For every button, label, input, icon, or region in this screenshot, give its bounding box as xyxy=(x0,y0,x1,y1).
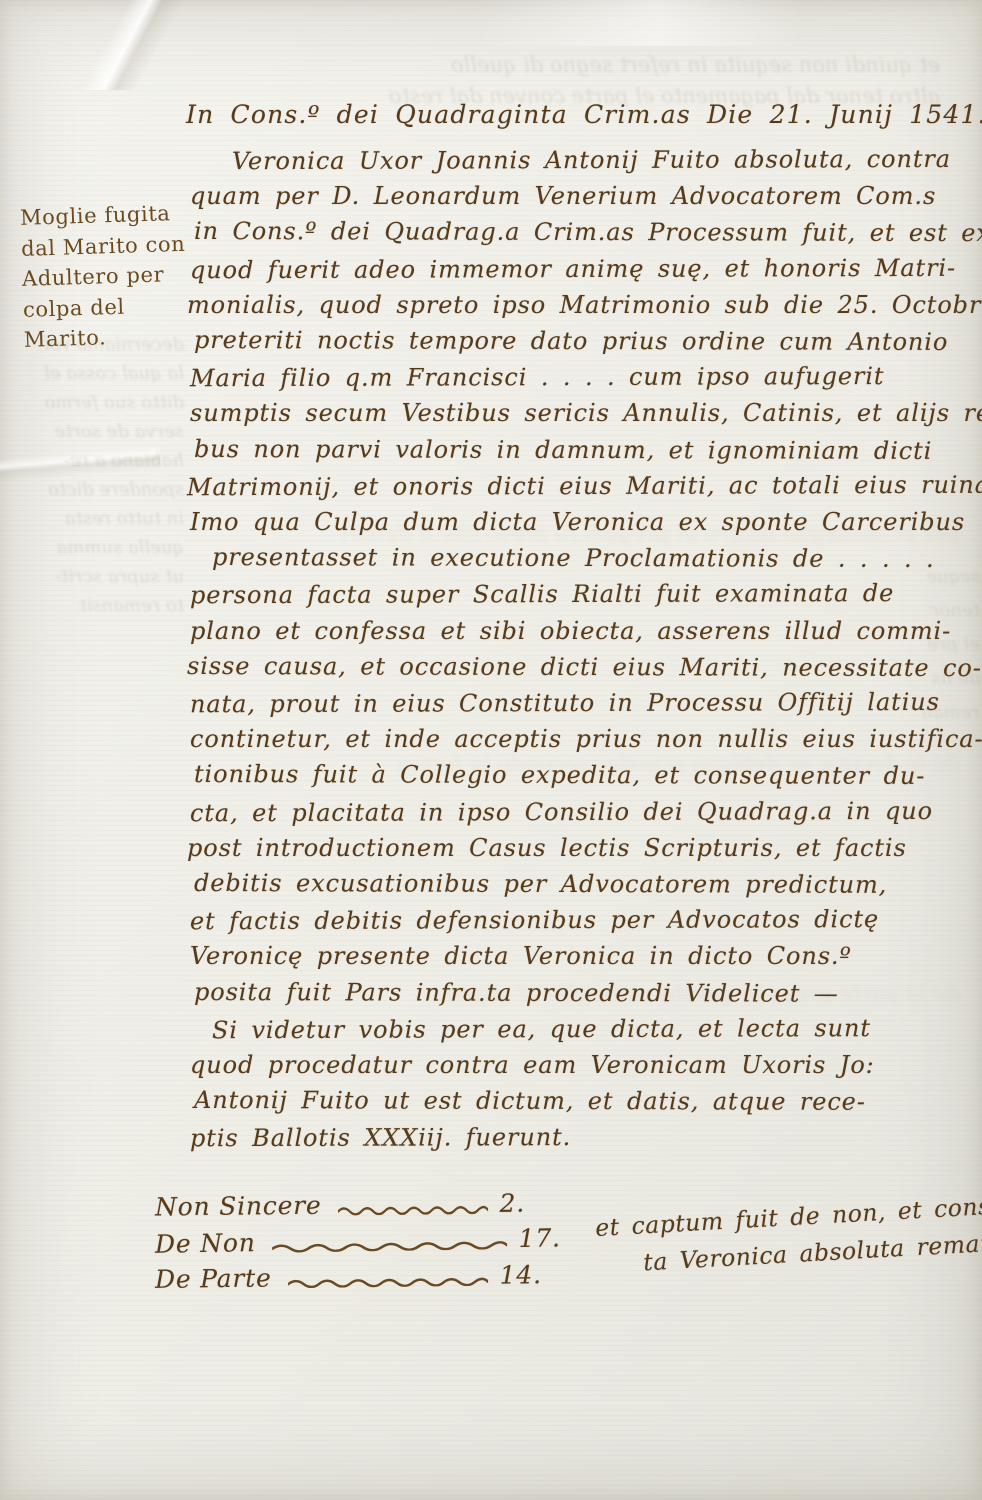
wavy-tally-line xyxy=(288,1274,488,1288)
body-line: presentasset in executione Proclamationi… xyxy=(212,539,974,577)
body-line: Antonij Fuito ut est dictum, et datis, a… xyxy=(194,1082,974,1120)
paper-crease-top-left xyxy=(0,0,260,90)
vote-tally: Non Sincere 2. De Non 17. De Parte 14. xyxy=(155,1186,625,1294)
wavy-tally-line xyxy=(338,1202,488,1216)
body-line: Maria filio q.m Francisci . . . . cum ip… xyxy=(190,358,974,397)
body-line: Imo qua Culpa dum dicta Veronica ex spon… xyxy=(190,504,974,540)
vote-row-non-sincere: Non Sincere 2. xyxy=(155,1184,625,1225)
body-line: plano et confessa et sibi obiecta, asser… xyxy=(190,613,974,649)
vote-count: 17. xyxy=(518,1223,561,1253)
body-line: post introductionem Casus lectis Scriptu… xyxy=(187,830,974,866)
manuscript-page: et quindi non sequita in refert segno di… xyxy=(0,0,982,1500)
body-line: persona facta super Scallis Rialti fuit … xyxy=(190,575,974,614)
record-heading: In Cons.º dei Quadraginta Crim.as Die 21… xyxy=(186,100,982,129)
vote-label: De Non xyxy=(155,1228,256,1259)
body-line: ptis Ballotis XXXiij. fuerunt. xyxy=(190,1118,974,1157)
ghost-line: ditto suo fermo xyxy=(14,388,184,417)
body-line: Si videtur vobis per ea, que dicta, et l… xyxy=(212,1010,974,1049)
margin-note-line: dal Marito con xyxy=(21,228,207,264)
body-line: in Cons.º dei Quadrag.a Crim.as Processu… xyxy=(194,213,974,251)
vote-count: 14. xyxy=(499,1260,542,1290)
paper-crease-top xyxy=(260,0,982,46)
body-line: quod procedatur contra eam Veronicam Uxo… xyxy=(190,1047,974,1083)
outcome-annotation: et captum fuit de non, et conseq.r dic- … xyxy=(594,1182,982,1284)
vote-label: De Parte xyxy=(155,1263,272,1293)
body-line: preteriti noctis tempore dato prius ordi… xyxy=(194,322,974,360)
body-line: Veronicę presente dicta Veronica in dict… xyxy=(190,938,974,974)
wavy-tally-line xyxy=(272,1237,507,1253)
bleedthrough-text-left-margin: decerniamo voi la qual cossa el ditto su… xyxy=(14,330,184,620)
ghost-line: spondere dicto xyxy=(14,475,184,504)
body-line: bus non parvi valoris in damnum, et igno… xyxy=(194,431,974,469)
ghost-line: ut supra scrit- xyxy=(14,562,184,591)
body-line: sumptis secum Vestibus sericis Annulis, … xyxy=(190,395,974,431)
paper-crease-left xyxy=(0,400,160,520)
margin-note: Moglie fugita dal Marito con Adultero pe… xyxy=(20,197,210,355)
body-line: continetur, et inde acceptis prius non n… xyxy=(190,721,974,757)
body-line: Veronica Uxor Joannis Antonij Fuito abso… xyxy=(232,141,974,180)
body-line: et factis debitis defensionibus per Advo… xyxy=(190,901,974,940)
body-line: tionibus fuit à Collegio expedita, et co… xyxy=(194,756,974,794)
ghost-line: habiano a re- xyxy=(14,446,184,475)
vote-row-de-parte: De Parte 14. xyxy=(155,1255,625,1297)
ghost-line: et quindi non sequita in refert segno di… xyxy=(40,50,940,81)
vote-label: Non Sincere xyxy=(155,1190,322,1221)
ghost-line: la qual cossa el xyxy=(14,359,184,388)
record-body: Veronica Uxor Joannis Antonij Fuito abso… xyxy=(190,142,974,1156)
ghost-line: serva de sorte xyxy=(14,417,184,446)
body-line: sisse causa, et occasione dicti eius Mar… xyxy=(187,648,974,686)
body-line: monialis, quod spreto ipso Matrimonio su… xyxy=(187,287,974,323)
vote-count: 2. xyxy=(499,1188,525,1217)
body-line: quam per D. Leonardum Venerium Advocator… xyxy=(190,178,974,214)
ghost-line: in tutto resta xyxy=(14,504,184,533)
body-line: cta, et placitata in ipso Consilio dei Q… xyxy=(190,792,974,831)
body-line: quod fuerit adeo immemor animę suę, et h… xyxy=(190,249,974,288)
body-line: nata, prout in eius Constituto in Proces… xyxy=(190,684,974,723)
ghost-line: quella summa xyxy=(14,533,184,562)
ghost-line: to remansit xyxy=(14,591,184,620)
body-line: debitis excusationibus per Advocatorem p… xyxy=(194,865,974,903)
body-line: Matrimonij, et onoris dicti eius Mariti,… xyxy=(187,467,974,506)
margin-note-line: Marito. xyxy=(23,319,209,355)
body-line: posita fuit Pars infra.ta procedendi Vid… xyxy=(194,974,974,1012)
